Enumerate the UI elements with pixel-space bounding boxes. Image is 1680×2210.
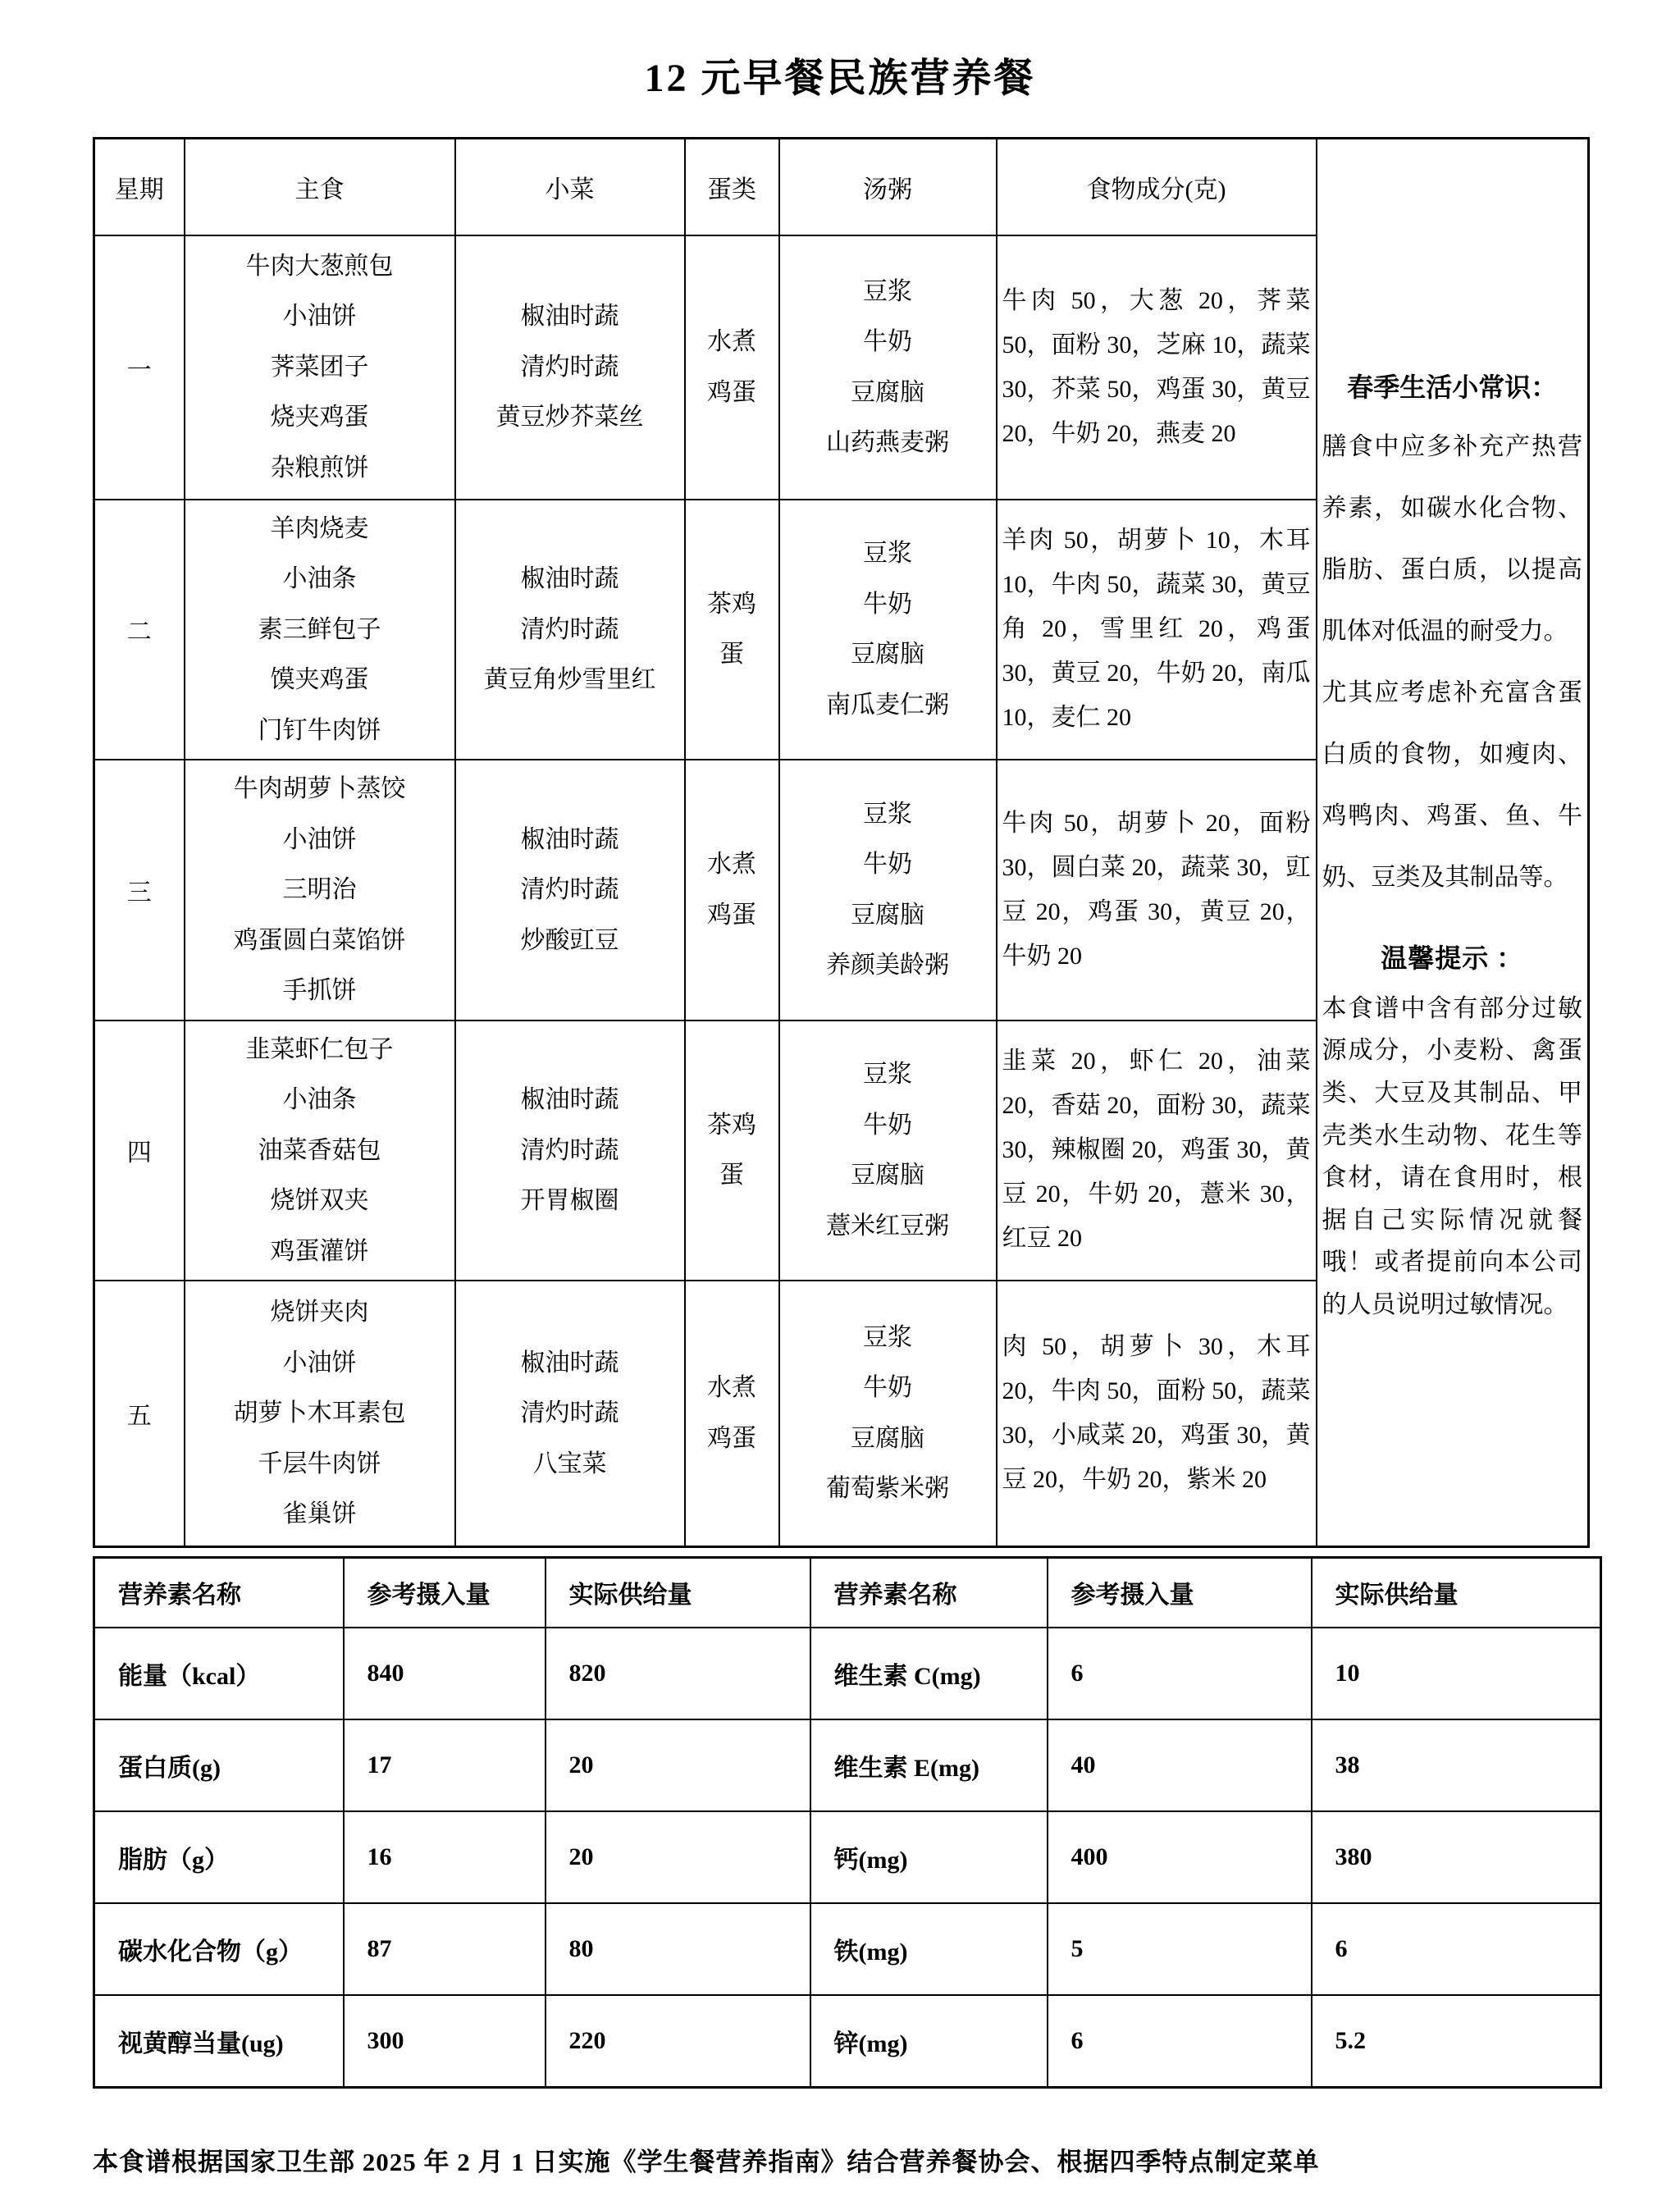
ingredients-cell: 牛肉 50，胡萝卜 20，面粉 30，圆白菜 20，蔬菜 30，豇豆 20，鸡蛋… <box>997 760 1317 1021</box>
staple-line: 牛肉大葱煎包 <box>190 241 450 292</box>
actual-supply-value: 10 <box>1312 1628 1601 1719</box>
reference-intake-value: 400 <box>1048 1811 1312 1903</box>
staple-line: 门钉牛肉饼 <box>190 705 450 756</box>
soup-line: 山药燕麦粥 <box>785 418 991 468</box>
nutrient-name: 视黄醇当量(ug) <box>94 1995 344 2087</box>
staple-line: 小油饼 <box>190 815 450 865</box>
soup-line: 豆浆 <box>785 789 991 840</box>
actual-supply-value: 38 <box>1312 1719 1601 1811</box>
reference-intake-value: 6 <box>1048 1995 1312 2087</box>
staple-line: 鸡蛋灌饼 <box>190 1226 450 1277</box>
side-line: 炒酸豇豆 <box>461 916 679 966</box>
day-label: 三 <box>127 872 152 908</box>
soup-line: 豆浆 <box>785 267 991 317</box>
actual-supply-value: 380 <box>1312 1811 1601 1903</box>
staple-line: 馍夹鸡蛋 <box>190 655 450 705</box>
side-line: 椒油时蔬 <box>461 291 679 342</box>
soup-line: 牛奶 <box>785 579 991 630</box>
soup-line: 牛奶 <box>785 839 991 890</box>
header-staple: 主食 <box>185 139 455 235</box>
reference-intake-value: 40 <box>1048 1719 1312 1811</box>
soup-line: 豆腐脑 <box>785 1413 991 1464</box>
staple-cell: 烧饼夹肉 小油饼 胡萝卜木耳素包 千层牛肉饼 雀巢饼 <box>185 1281 455 1546</box>
soup-line: 豆腐脑 <box>785 890 991 941</box>
staple-line: 雀巢饼 <box>190 1489 450 1540</box>
tips-panel: 春季生活小常识： 膳食中应多补充产热营养素，如碳水化合物、脂肪、蛋白质，以提高肌… <box>1317 139 1589 1547</box>
warm-tips-text: 本食谱中含有部分过敏源成分，小麦粉、禽蛋类、大豆及其制品、甲壳类水生动物、花生等… <box>1322 988 1583 1326</box>
nutrient-name: 钙(mg) <box>810 1811 1048 1903</box>
staple-line: 小油饼 <box>190 291 450 342</box>
header-ingredients: 食物成分(克) <box>997 139 1317 235</box>
reference-intake-header: 参考摄入量 <box>344 1557 546 1628</box>
warm-tips-title: 温馨提示 ： <box>1322 929 1583 987</box>
ingredients-cell: 肉 50，胡萝卜 30，木耳 20，牛肉 50，面粉 50，蔬菜 30，小咸菜 … <box>997 1281 1317 1546</box>
egg-label: 水煮鸡蛋 <box>707 1363 756 1463</box>
side-line: 清灼时蔬 <box>461 1126 679 1176</box>
staple-line: 韭菜虾仁包子 <box>190 1025 450 1075</box>
egg-label: 茶鸡蛋 <box>707 1100 756 1201</box>
side-line: 清灼时蔬 <box>461 605 679 655</box>
soup-cell: 豆浆 牛奶 豆腐脑 薏米红豆粥 <box>779 1021 997 1281</box>
staple-cell: 韭菜虾仁包子 小油条 油菜香菇包 烧饼双夹 鸡蛋灌饼 <box>185 1021 455 1281</box>
actual-supply-value: 20 <box>546 1811 810 1903</box>
staple-line: 烧饼夹肉 <box>190 1287 450 1338</box>
egg-label: 茶鸡蛋 <box>707 579 756 680</box>
nutrition-row-carbohydrate: 碳水化合物（g） 87 80 铁(mg) 5 6 <box>94 1903 1601 1995</box>
nutrition-row-fat: 脂肪（g） 16 20 钙(mg) 400 380 <box>94 1811 1601 1903</box>
soup-line: 豆腐脑 <box>785 629 991 680</box>
sides-cell: 椒油时蔬 清灼时蔬 炒酸豇豆 <box>455 760 685 1021</box>
nutrient-name: 碳水化合物（g） <box>94 1903 344 1995</box>
soup-line: 豆腐脑 <box>785 1150 991 1201</box>
ingredients-text: 羊肉 50，胡萝卜 10，木耳 10，牛肉 50，蔬菜 30，黄豆角 20，雪里… <box>1002 518 1311 740</box>
day-label: 五 <box>127 1395 152 1431</box>
side-line: 开胃椒圈 <box>461 1176 679 1226</box>
header-egg: 蛋类 <box>685 139 779 235</box>
reference-intake-value: 17 <box>344 1719 546 1811</box>
nutrition-row-energy: 能量（kcal） 840 820 维生素 C(mg) 6 10 <box>94 1628 1601 1719</box>
nutrient-name: 蛋白质(g) <box>94 1719 344 1811</box>
soup-line: 养颜美龄粥 <box>785 940 991 991</box>
reference-intake-value: 87 <box>344 1903 546 1995</box>
side-line: 黄豆炒芥菜丝 <box>461 392 679 443</box>
actual-supply-value: 20 <box>546 1719 810 1811</box>
menu-header-row: 星期 主食 小菜 蛋类 汤粥 食物成分(克) 春季生活小常识： 膳食中应多补充产… <box>94 139 1589 235</box>
reference-intake-value: 300 <box>344 1995 546 2087</box>
staple-line: 油菜香菇包 <box>190 1126 450 1176</box>
day-cell: 一 <box>94 235 185 500</box>
day-cell: 四 <box>94 1021 185 1281</box>
soup-line: 葡萄紫米粥 <box>785 1463 991 1514</box>
staple-line: 小油条 <box>190 554 450 605</box>
side-line: 清灼时蔬 <box>461 865 679 916</box>
actual-supply-value: 820 <box>546 1628 810 1719</box>
staple-line: 三明治 <box>190 865 450 916</box>
side-line: 椒油时蔬 <box>461 1075 679 1126</box>
staple-line: 千层牛肉饼 <box>190 1439 450 1490</box>
day-cell: 三 <box>94 760 185 1021</box>
ingredients-cell: 羊肉 50，胡萝卜 10，木耳 10，牛肉 50，蔬菜 30，黄豆角 20，雪里… <box>997 500 1317 760</box>
nutrient-name-header: 营养素名称 <box>94 1557 344 1628</box>
nutrition-table: 营养素名称 参考摄入量 实际供给量 营养素名称 参考摄入量 实际供给量 能量（k… <box>93 1556 1602 2089</box>
staple-cell: 羊肉烧麦 小油条 素三鲜包子 馍夹鸡蛋 门钉牛肉饼 <box>185 500 455 760</box>
day-label: 四 <box>127 1132 152 1168</box>
nutrient-name: 脂肪（g） <box>94 1811 344 1903</box>
sides-cell: 椒油时蔬 清灼时蔬 黄豆炒芥菜丝 <box>455 235 685 500</box>
ingredients-cell: 韭菜 20，虾仁 20，油菜 20，香菇 20，面粉 30，蔬菜 30，辣椒圈 … <box>997 1021 1317 1281</box>
nutrition-header-row: 营养素名称 参考摄入量 实际供给量 营养素名称 参考摄入量 实际供给量 <box>94 1557 1601 1628</box>
ingredients-text: 牛肉 50，大葱 20，荠菜 50，面粉 30，芝麻 10，蔬菜 30，芥菜 5… <box>1002 279 1311 456</box>
egg-cell: 水煮鸡蛋 <box>685 235 779 500</box>
header-soup: 汤粥 <box>779 139 997 235</box>
nutrient-name-header: 营养素名称 <box>810 1557 1048 1628</box>
season-tips-title: 春季生活小常识： <box>1322 358 1583 416</box>
staple-line: 胡萝卜木耳素包 <box>190 1388 450 1439</box>
sides-cell: 椒油时蔬 清灼时蔬 开胃椒圈 <box>455 1021 685 1281</box>
day-label: 二 <box>127 611 152 647</box>
nutrient-name: 维生素 E(mg) <box>810 1719 1048 1811</box>
staple-line: 小油饼 <box>190 1338 450 1389</box>
ingredients-cell: 牛肉 50，大葱 20，荠菜 50，面粉 30，芝麻 10，蔬菜 30，芥菜 5… <box>997 235 1317 500</box>
side-line: 黄豆角炒雪里红 <box>461 655 679 705</box>
egg-cell: 茶鸡蛋 <box>685 500 779 760</box>
egg-label: 水煮鸡蛋 <box>707 839 756 940</box>
actual-supply-value: 5.2 <box>1312 1995 1601 2087</box>
staple-cell: 牛肉大葱煎包 小油饼 荠菜团子 烧夹鸡蛋 杂粮煎饼 <box>185 235 455 500</box>
sides-cell: 椒油时蔬 清灼时蔬 八宝菜 <box>455 1281 685 1546</box>
header-week: 星期 <box>94 139 185 235</box>
soup-cell: 豆浆 牛奶 豆腐脑 山药燕麦粥 <box>779 235 997 500</box>
side-line: 椒油时蔬 <box>461 554 679 605</box>
egg-cell: 茶鸡蛋 <box>685 1021 779 1281</box>
actual-supply-value: 80 <box>546 1903 810 1995</box>
reference-intake-value: 840 <box>344 1628 546 1719</box>
document-page: 12 元早餐民族营养餐 星期 主食 小菜 蛋类 汤粥 食物成分(克) 春季生活小… <box>0 0 1680 2210</box>
ingredients-text: 肉 50，胡萝卜 30，木耳 20，牛肉 50，面粉 50，蔬菜 30，小咸菜 … <box>1002 1325 1311 1502</box>
nutrient-name: 能量（kcal） <box>94 1628 344 1719</box>
staple-line: 小油条 <box>190 1075 450 1126</box>
side-line: 椒油时蔬 <box>461 815 679 865</box>
nutrient-name: 维生素 C(mg) <box>810 1628 1048 1719</box>
side-line: 椒油时蔬 <box>461 1338 679 1389</box>
side-line: 八宝菜 <box>461 1439 679 1490</box>
season-tips-text: 膳食中应多补充产热营养素，如碳水化合物、脂肪、蛋白质，以提高肌体对低温的耐受力。 <box>1322 416 1583 662</box>
soup-line: 豆浆 <box>785 1313 991 1363</box>
header-sides: 小菜 <box>455 139 685 235</box>
page-title: 12 元早餐民族营养餐 <box>0 46 1680 103</box>
staple-line: 杂粮煎饼 <box>190 443 450 494</box>
day-cell: 二 <box>94 500 185 760</box>
soup-line: 薏米红豆粥 <box>785 1201 991 1252</box>
soup-line: 豆腐脑 <box>785 368 991 418</box>
egg-label: 水煮鸡蛋 <box>707 317 756 418</box>
egg-cell: 水煮鸡蛋 <box>685 1281 779 1546</box>
reference-intake-value: 5 <box>1048 1903 1312 1995</box>
nutrition-row-protein: 蛋白质(g) 17 20 维生素 E(mg) 40 38 <box>94 1719 1601 1811</box>
nutrition-row-retinol: 视黄醇当量(ug) 300 220 锌(mg) 6 5.2 <box>94 1995 1601 2087</box>
staple-cell: 牛肉胡萝卜蒸饺 小油饼 三明治 鸡蛋圆白菜馅饼 手抓饼 <box>185 760 455 1021</box>
side-line: 清灼时蔬 <box>461 342 679 393</box>
reference-intake-header: 参考摄入量 <box>1048 1557 1312 1628</box>
soup-line: 牛奶 <box>785 1363 991 1413</box>
soup-line: 牛奶 <box>785 1100 991 1151</box>
reference-intake-value: 16 <box>344 1811 546 1903</box>
soup-line: 豆浆 <box>785 528 991 579</box>
staple-line: 鸡蛋圆白菜馅饼 <box>190 916 450 966</box>
reference-intake-value: 6 <box>1048 1628 1312 1719</box>
staple-line: 烧饼双夹 <box>190 1176 450 1226</box>
soup-cell: 豆浆 牛奶 豆腐脑 葡萄紫米粥 <box>779 1281 997 1546</box>
footer-note: 本食谱根据国家卫生部 2025 年 2 月 1 日实施《学生餐营养指南》结合营养… <box>93 2141 1680 2178</box>
actual-supply-header: 实际供给量 <box>546 1557 810 1628</box>
soup-line: 牛奶 <box>785 317 991 368</box>
actual-supply-value: 6 <box>1312 1903 1601 1995</box>
nutrient-name: 锌(mg) <box>810 1995 1048 2087</box>
side-line: 清灼时蔬 <box>461 1388 679 1439</box>
day-label: 一 <box>127 349 152 386</box>
ingredients-text: 韭菜 20，虾仁 20，油菜 20，香菇 20，面粉 30，蔬菜 30，辣椒圈 … <box>1002 1039 1311 1261</box>
soup-cell: 豆浆 牛奶 豆腐脑 养颜美龄粥 <box>779 760 997 1021</box>
staple-line: 烧夹鸡蛋 <box>190 392 450 443</box>
soup-line: 南瓜麦仁粥 <box>785 680 991 731</box>
egg-cell: 水煮鸡蛋 <box>685 760 779 1021</box>
staple-line: 牛肉胡萝卜蒸饺 <box>190 764 450 815</box>
nutrient-name: 铁(mg) <box>810 1903 1048 1995</box>
actual-supply-header: 实际供给量 <box>1312 1557 1601 1628</box>
staple-line: 羊肉烧麦 <box>190 504 450 555</box>
menu-table: 星期 主食 小菜 蛋类 汤粥 食物成分(克) 春季生活小常识： 膳食中应多补充产… <box>93 137 1590 1548</box>
staple-line: 手抓饼 <box>190 966 450 1016</box>
season-tips-text: 尤其应考虑补充富含蛋白质的食物，如瘦肉、鸡鸭肉、鸡蛋、鱼、牛奶、豆类及其制品等。 <box>1322 662 1583 908</box>
ingredients-text: 牛肉 50，胡萝卜 20，面粉 30，圆白菜 20，蔬菜 30，豇豆 20，鸡蛋… <box>1002 801 1311 979</box>
actual-supply-value: 220 <box>546 1995 810 2087</box>
soup-cell: 豆浆 牛奶 豆腐脑 南瓜麦仁粥 <box>779 500 997 760</box>
staple-line: 素三鲜包子 <box>190 605 450 655</box>
soup-line: 豆浆 <box>785 1049 991 1100</box>
sides-cell: 椒油时蔬 清灼时蔬 黄豆角炒雪里红 <box>455 500 685 760</box>
day-cell: 五 <box>94 1281 185 1546</box>
staple-line: 荠菜团子 <box>190 342 450 393</box>
